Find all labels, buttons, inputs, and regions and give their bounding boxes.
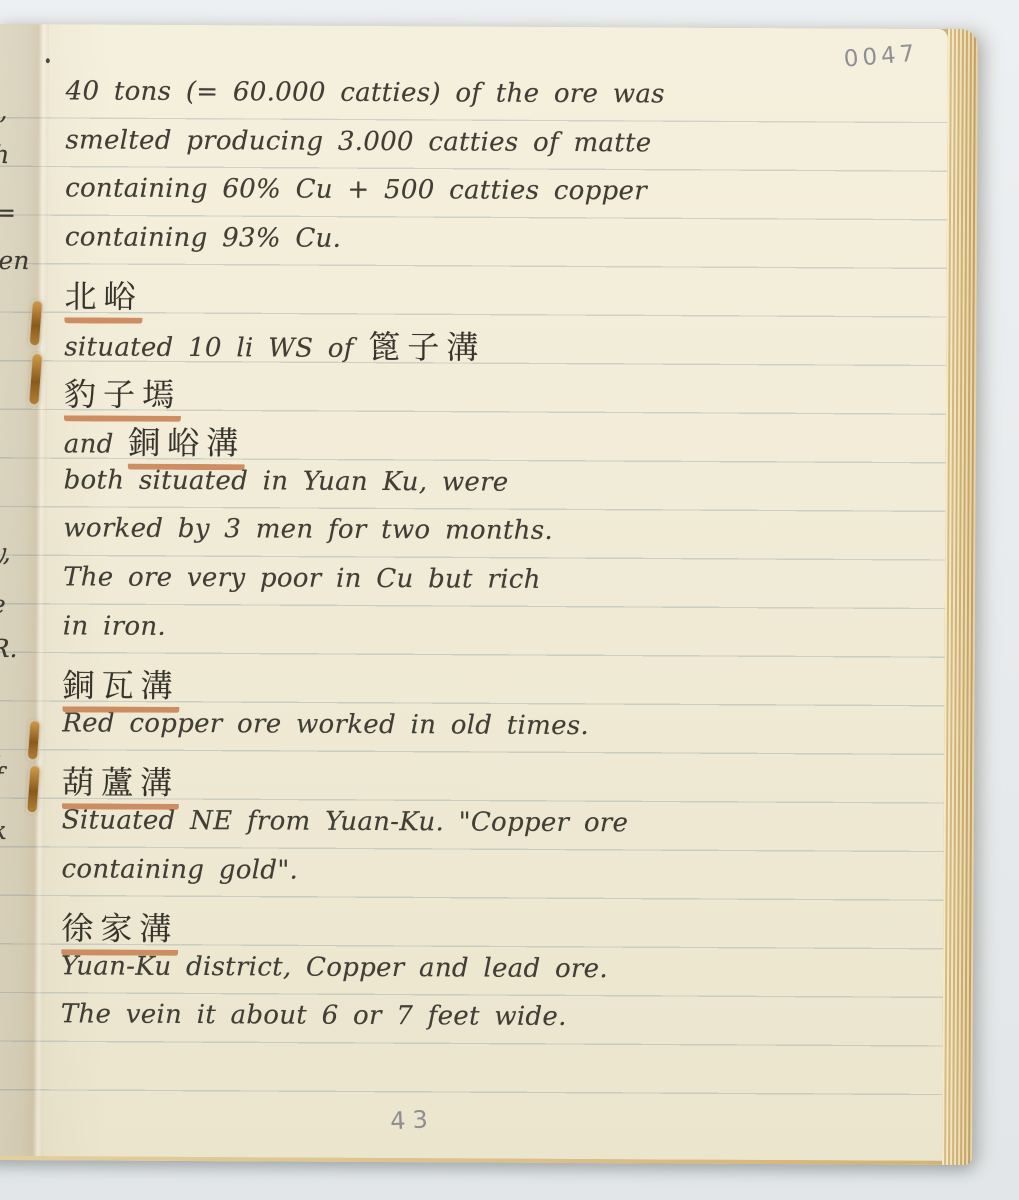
chinese-place-name: 北峪 <box>64 278 142 324</box>
handwriting-text: The vein it about 6 or 7 feet wide. <box>61 1000 567 1033</box>
facing-page-stroke: f <box>0 762 3 791</box>
facing-page-stroke: = <box>0 198 16 227</box>
handwriting-text: containing 93% Cu. <box>65 222 341 253</box>
handwriting-line: The ore very poor in Cu but rich <box>63 562 909 615</box>
handwriting-text: 40 tons (= 60.000 catties) of the ore wa… <box>66 76 665 109</box>
chinese-place-name: 銅瓦溝 <box>62 666 179 713</box>
handwriting-text: containing 60% Cu + 500 catties copper <box>65 174 647 207</box>
handwriting-line: 葫蘆溝 <box>62 757 908 810</box>
handwriting-line: The vein it about 6 or 7 feet wide. <box>61 1000 907 1053</box>
handwriting-line: Yuan-Ku district, Copper and lead ore. <box>61 951 907 1004</box>
ink-speck <box>46 58 50 63</box>
chinese-place-name: 徐家溝 <box>61 909 178 956</box>
handwriting-line: smelted producing 3.000 catties of matte <box>65 125 911 178</box>
handwriting-line: 銅瓦溝 <box>62 659 908 712</box>
handwriting-line: 40 tons (= 60.000 catties) of the ore wa… <box>65 76 911 129</box>
notebook-photo: 0047 40 tons (= 60.000 catties) of the o… <box>0 0 1019 1200</box>
chinese-place-name: 銅峪溝 <box>128 424 245 471</box>
handwriting-line: Red copper ore worked in old times. <box>62 708 908 761</box>
handwriting-text: Red copper ore worked in old times. <box>62 708 589 741</box>
page-sheet: 0047 40 tons (= 60.000 catties) of the o… <box>0 24 948 1161</box>
chinese-place-name: 葫蘆溝 <box>62 764 179 811</box>
handwriting-line: containing gold". <box>61 854 907 907</box>
facing-page-stroke: , <box>0 96 8 125</box>
facing-page-stroke: e <box>0 590 6 619</box>
chinese-place-name: 篦子溝 <box>368 328 485 367</box>
handwriting-line: containing 93% Cu. <box>65 222 911 275</box>
facing-page-stroke: ely, <box>0 538 11 567</box>
handwriting-text: in iron. <box>63 611 166 642</box>
handwriting-line: 北峪 <box>64 271 910 324</box>
chinese-place-name: 豹子墕 <box>64 375 181 422</box>
handwriting-text: smelted producing 3.000 catties of matte <box>65 125 651 158</box>
facing-page-stroke: ck <box>0 816 7 845</box>
handwriting-line: 徐家溝 <box>61 902 907 955</box>
handwriting-text: worked by 3 men for two months. <box>63 514 553 547</box>
handwriting-text: both situated in Yuan Ku, were <box>64 465 509 497</box>
handwriting-text: containing gold". <box>62 854 299 885</box>
handwriting-line: Situated NE from Yuan-Ku. "Copper ore <box>62 805 908 858</box>
handwriting-text: and <box>64 429 129 459</box>
scan-number: 0047 <box>843 41 919 73</box>
handwriting-line: in iron. <box>63 611 909 664</box>
facing-page-stroke: men <box>0 246 29 275</box>
handwriting-text: Yuan-Ku district, Copper and lead ore. <box>61 951 608 984</box>
handwriting-block: 40 tons (= 60.000 catties) of the ore wa… <box>61 76 912 1052</box>
handwriting-text: Situated NE from Yuan-Ku. "Copper ore <box>62 805 629 838</box>
page-number: 43 <box>390 1105 436 1135</box>
handwriting-line: containing 60% Cu + 500 catties copper <box>65 174 911 227</box>
handwriting-line: and 銅峪溝 <box>64 416 910 469</box>
handwriting-line: worked by 3 men for two months. <box>63 514 909 567</box>
notebook-page: 0047 40 tons (= 60.000 catties) of the o… <box>0 24 978 1165</box>
handwriting-line: both situated in Yuan Ku, were <box>63 465 909 518</box>
margin-strokes: ,h=menely,eR.→—fck <box>0 24 948 29</box>
handwriting-text: The ore very poor in Cu but rich <box>63 562 541 595</box>
handwriting-text: situated 10 li WS of <box>64 332 368 364</box>
facing-page-stroke: h <box>0 140 10 169</box>
facing-page-stroke: R. <box>0 634 18 663</box>
handwriting-line: situated 10 li WS of 篦子溝 <box>64 319 910 372</box>
handwriting-line: 豹子墕 <box>64 368 910 421</box>
